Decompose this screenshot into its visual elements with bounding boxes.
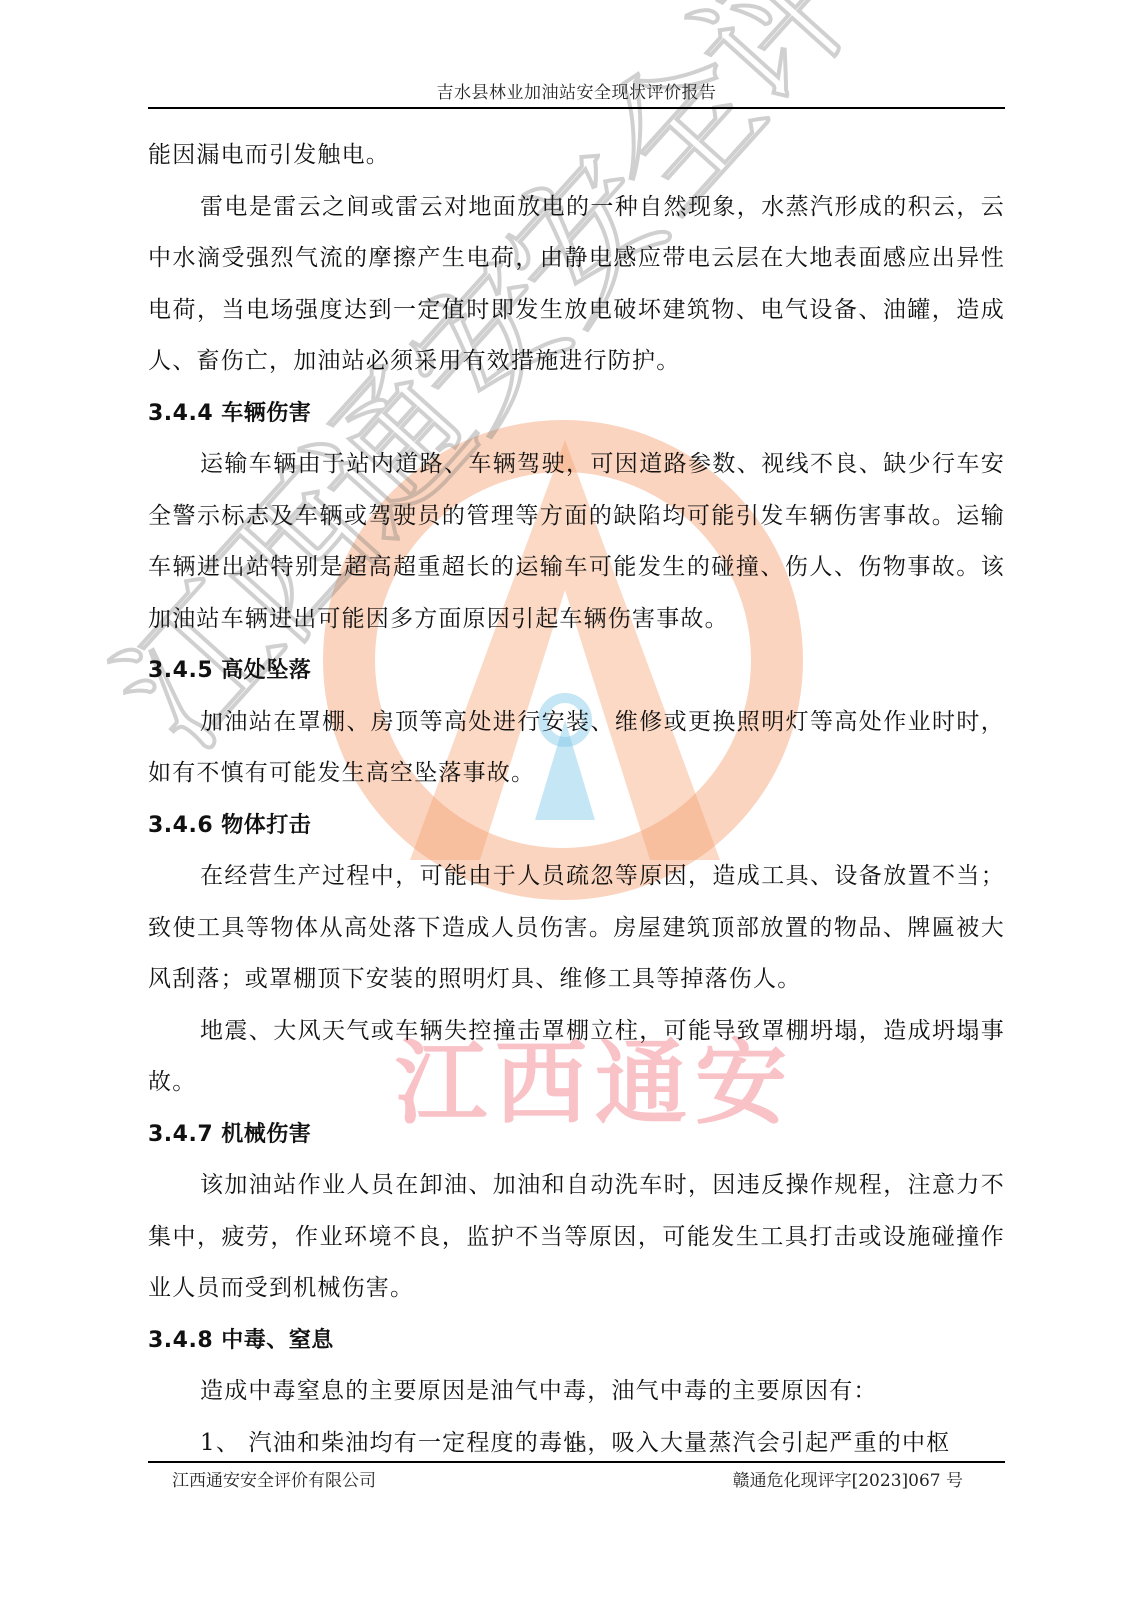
footer-doc-number: 赣通危化现评字[2023]067 号 [733,1466,963,1491]
header-divider [148,107,1005,109]
section-heading: 3.4.7 机械伤害 [148,1109,1005,1161]
paragraph: 造成中毒窒息的主要原因是油气中毒，油气中毒的主要原因有： [148,1366,1005,1418]
document-body: 能因漏电而引发触电。 雷电是雷云之间或雷云对地面放电的一种自然现象，水蒸汽形成的… [148,130,1005,1469]
section-heading: 3.4.6 物体打击 [148,800,1005,852]
text-layer: 吉水县林业加油站安全现状评价报告 能因漏电而引发触电。 雷电是雷云之间或雷云对地… [0,0,1131,1600]
header-title: 吉水县林业加油站安全现状评价报告 [148,78,1005,103]
section-heading: 3.4.5 高处坠落 [148,645,1005,697]
paragraph: 雷电是雷云之间或雷云对地面放电的一种自然现象，水蒸汽形成的积云，云中水滴受强烈气… [148,182,1005,388]
paragraph: 在经营生产过程中，可能由于人员疏忽等原因，造成工具、设备放置不当；致使工具等物体… [148,851,1005,1006]
section-heading: 3.4.4 车辆伤害 [148,388,1005,440]
document-page: 江西通安 江西通安安全评价有限公司 吉水县林业加油站安全现状评价报告 能因漏电而… [0,0,1131,1600]
paragraph: 能因漏电而引发触电。 [148,130,1005,182]
paragraph: 地震、大风天气或车辆失控撞击罩棚立柱，可能导致罩棚坍塌，造成坍塌事故。 [148,1006,1005,1109]
paragraph: 运输车辆由于站内道路、车辆驾驶，可因道路参数、视线不良、缺少行车安全警示标志及车… [148,439,1005,645]
page-number: 45 [148,1437,1005,1456]
paragraph: 加油站在罩棚、房顶等高处进行安装、维修或更换照明灯等高处作业时时，如有不慎有可能… [148,697,1005,800]
paragraph: 该加油站作业人员在卸油、加油和自动洗车时，因违反操作规程，注意力不集中，疲劳，作… [148,1160,1005,1315]
footer-divider [148,1461,1005,1463]
section-heading: 3.4.8 中毒、窒息 [148,1315,1005,1367]
footer-company: 江西通安安全评价有限公司 [172,1466,376,1491]
